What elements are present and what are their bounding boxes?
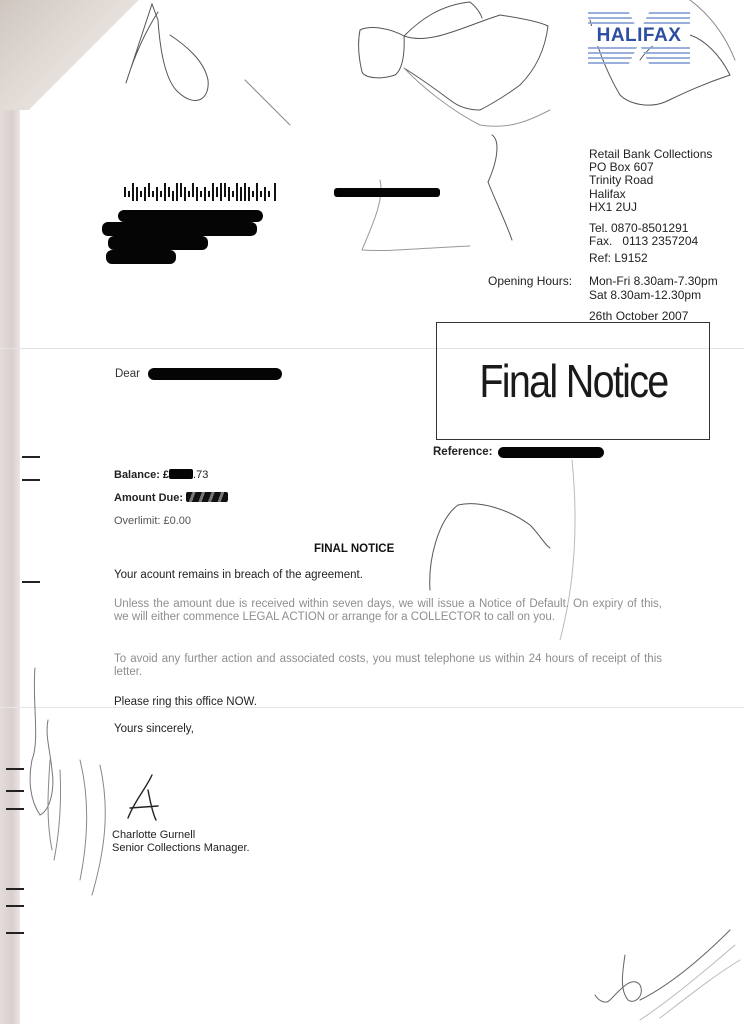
margin-mark	[6, 790, 24, 792]
paragraph-breach: Your acount remains in breach of the agr…	[114, 569, 662, 582]
redacted-amount-due	[186, 492, 228, 502]
margin-mark	[22, 581, 40, 583]
letter-date: 26th October 2007	[589, 309, 688, 323]
weekday-hours: Mon-Fri 8.30am-7.30pm	[589, 274, 718, 288]
letter-heading: FINAL NOTICE	[314, 543, 394, 555]
redacted-recipient-address	[102, 222, 257, 236]
folded-corner	[0, 0, 140, 110]
margin-mark	[6, 808, 24, 810]
redacted-recipient-address	[108, 236, 208, 250]
redacted-recipient-address	[106, 250, 176, 264]
redacted-reference	[498, 447, 604, 458]
sender-ref: Ref: L9152	[589, 252, 712, 265]
opening-hours: Mon-Fri 8.30am-7.30pm Sat 8.30am-12.30pm	[589, 274, 718, 302]
margin-mark	[6, 932, 24, 934]
signatory: Charlotte Gurnell Senior Collections Man…	[112, 829, 250, 855]
balance-suffix: .73	[193, 469, 208, 481]
saturday-hours: Sat 8.30am-12.30pm	[589, 288, 718, 302]
logo-text: HALIFAX	[588, 26, 690, 46]
reference-label: Reference:	[433, 446, 492, 458]
paragraph-ring-now: Please ring this office NOW.	[114, 696, 662, 709]
signatory-name: Charlotte Gurnell	[112, 829, 250, 842]
amount-due-row: Amount Due:	[114, 492, 228, 504]
overlimit: Overlimit: £0.00	[114, 515, 191, 527]
final-notice-title: Final Notice	[479, 354, 667, 408]
address-line: Halifax	[589, 188, 712, 201]
postal-barcode-icon	[124, 183, 278, 201]
halifax-logo: HALIFAX	[588, 12, 690, 64]
sender-address: Retail Bank Collections PO Box 607 Trini…	[589, 148, 712, 266]
margin-mark	[6, 768, 24, 770]
paragraph-telephone-request: To avoid any further action and associat…	[114, 653, 662, 679]
signatory-title: Senior Collections Manager.	[112, 842, 250, 855]
scan-edge	[0, 0, 20, 1024]
opening-hours-label: Opening Hours:	[488, 274, 572, 288]
salutation: Dear	[115, 368, 140, 380]
address-line: HX1 2UJ	[589, 201, 712, 214]
paragraph-default-warning: Unless the amount due is received within…	[114, 598, 662, 624]
final-notice-box: Final Notice	[436, 322, 710, 440]
amount-due-label: Amount Due:	[114, 492, 186, 504]
redacted-account-number	[334, 188, 440, 197]
redacted-recipient-name	[148, 368, 282, 380]
redacted-recipient-address	[118, 210, 263, 222]
margin-mark	[22, 479, 40, 481]
margin-mark	[6, 888, 24, 890]
closing: Yours sincerely,	[114, 723, 662, 736]
balance-label: Balance: £	[114, 469, 169, 481]
balance-row: Balance: £.73	[114, 469, 208, 481]
address-line: Trinity Road	[589, 174, 712, 187]
margin-mark	[6, 905, 24, 907]
redacted-balance	[169, 469, 193, 479]
fax: Fax. 0113 2357204	[589, 235, 712, 248]
margin-mark	[22, 456, 40, 458]
